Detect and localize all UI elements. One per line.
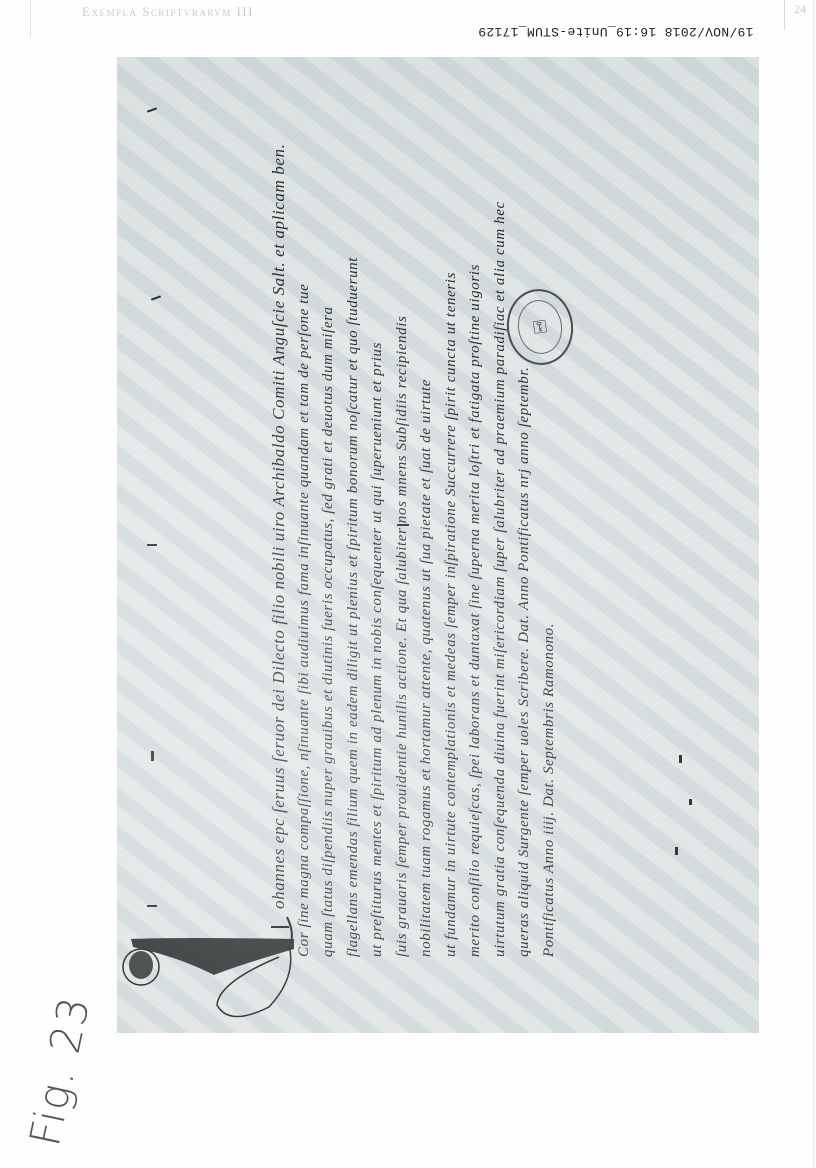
- ink-mark: [147, 107, 157, 112]
- manuscript-line: nobilitatem tuam rogamus et hortamur att…: [414, 77, 439, 957]
- ink-mark: [675, 847, 678, 855]
- ink-mark: [151, 295, 161, 300]
- manuscript-line: ut fundamur in uirtute contemplationis e…: [439, 77, 464, 957]
- manuscript-text: ohannes epc ſeruus ſeruor dei Dilecto fi…: [267, 77, 561, 957]
- manuscript-line: quam ſtatus diſpendiis nuper grauibus et…: [316, 77, 341, 957]
- manuscript-facsimile: ohannes epc ſeruus ſeruor dei Dilecto fi…: [117, 57, 759, 1033]
- ink-mark: [397, 524, 409, 526]
- manuscript-line: ſuis grauaris ſemper prouidentie hunilis…: [390, 77, 415, 957]
- manuscript-line: flagellans emendas filium quem in eadem …: [341, 77, 366, 957]
- page-number-rule: [784, 0, 785, 30]
- manuscript-line: ut preſtiturus mentes et ſpiritum ad ple…: [365, 77, 390, 957]
- blank-margin: [0, 1040, 816, 1168]
- ink-mark: [151, 751, 154, 761]
- page-number: 24: [794, 2, 806, 17]
- scanned-page: Exempla Scriptvrarvm III 24 19/NOV/2018 …: [0, 0, 816, 1168]
- illuminated-initial-icon: [119, 887, 294, 1027]
- manuscript-line: queras aliquid Surgente ſemper uoles Scr…: [512, 77, 537, 957]
- manuscript-line: Cor ſine magna compaſſione, nſinuante ſi…: [292, 77, 317, 957]
- margin-line: [813, 0, 814, 1168]
- fax-timestamp: 19/NOV/2018 16:19_Unite-STUM_17129: [478, 24, 753, 39]
- running-header: Exempla Scriptvrarvm III: [82, 4, 254, 20]
- manuscript-line: ohannes epc ſeruus ſeruor dei Dilecto fi…: [267, 77, 292, 957]
- ink-mark: [147, 905, 157, 907]
- crossed-keys-icon: ⚿: [514, 297, 565, 357]
- manuscript-line: Pontificatus Anno iiij. Dat. Septembris …: [537, 77, 562, 957]
- ink-mark: [689, 799, 692, 805]
- manuscript-line: merito conſilio requieſcas, ſpei laboran…: [463, 77, 488, 957]
- header-rule: [30, 0, 31, 38]
- ink-mark: [147, 544, 157, 546]
- ink-mark: [679, 755, 682, 763]
- manuscript-line: uirtutum gratia conſequenda diuina fueri…: [488, 77, 513, 957]
